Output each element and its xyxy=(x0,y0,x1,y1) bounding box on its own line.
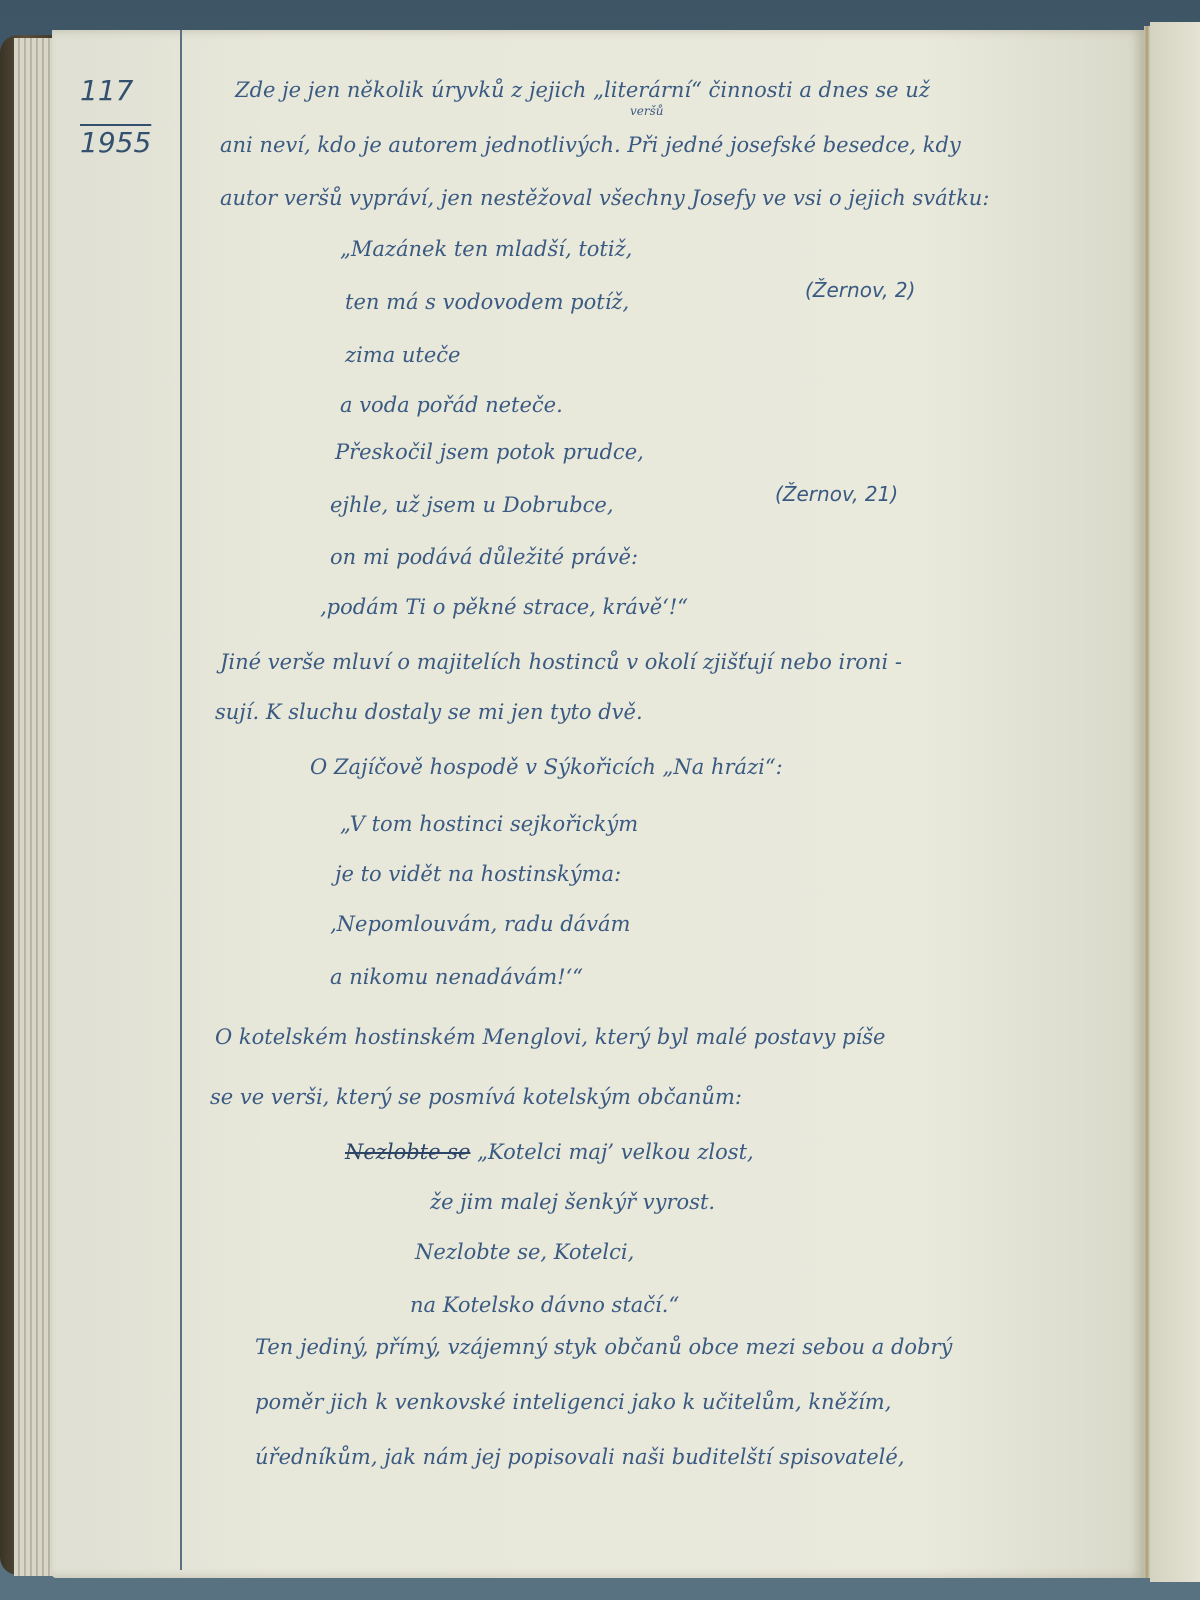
poem-line: ‚Nepomlouvám, radu dávám xyxy=(330,912,630,936)
poem-line: a voda pořád neteče. xyxy=(340,393,563,417)
poem-line: je to vidět na hostinskýma: xyxy=(335,862,621,886)
text-line: Ten jediný, přímý, vzájemný styk občanů … xyxy=(255,1335,952,1359)
reference-note: (Žernov, 21) xyxy=(775,482,898,506)
margin-notes: 117 1955 xyxy=(80,65,170,169)
poem-line: on mi podává důležité právě: xyxy=(330,545,638,569)
year-note: 1955 xyxy=(80,117,170,169)
poem-line: „V tom hostinci sejkořickým xyxy=(340,812,638,836)
poem-line: a nikomu nenadávám!‘“ xyxy=(330,965,583,989)
poem-heading: O Zajíčově hospodě v Sýkořicích „Na hráz… xyxy=(310,755,783,779)
poem-line: ‚podám Ti o pěkné strace, krávě‘!“ xyxy=(320,595,688,619)
poem-line: zima uteče xyxy=(345,343,460,367)
text-line: Zde je jen několik úryvků z jejich „lite… xyxy=(235,78,930,102)
text-line: poměr jich k venkovské inteligenci jako … xyxy=(255,1390,891,1414)
reference-note: (Žernov, 2) xyxy=(805,278,915,302)
poem-line: ejhle, už jsem u Dobrubce, xyxy=(330,493,614,517)
poem-line: na Kotelsko dávno stačí.“ xyxy=(410,1293,679,1317)
text-line: se ve verši, který se posmívá kotelským … xyxy=(210,1085,742,1109)
poem-line: Přeskočil jsem potok prudce, xyxy=(335,440,644,464)
poem-line-with-strike: Nezlobte se „Kotelci maj’ velkou zlost, xyxy=(345,1140,754,1164)
text-line: autor veršů vypráví, jen nestěžoval všec… xyxy=(220,186,989,210)
poem-line: „Mazánek ten mladší, totiž, xyxy=(340,237,632,261)
text-line: úředníkům, jak nám jej popisovali naši b… xyxy=(255,1445,905,1469)
poem-line: Nezlobte se, Kotelci, xyxy=(415,1240,634,1264)
poem-line: „Kotelci maj’ velkou zlost, xyxy=(477,1140,754,1164)
poem-line: ten má s vodovodem potíž, xyxy=(345,290,629,314)
text-line: O kotelském hostinském Menglovi, který b… xyxy=(215,1025,885,1049)
text-line: sují. K sluchu dostaly se mi jen tyto dv… xyxy=(215,700,643,724)
margin-rule-line xyxy=(180,30,182,1570)
insertion-note: veršů xyxy=(630,104,664,118)
text-line: ani neví, kdo je autorem jednotlivých. P… xyxy=(220,133,961,157)
struck-text: Nezlobte se xyxy=(345,1140,470,1164)
poem-line: že jim malej šenkýř vyrost. xyxy=(430,1190,715,1214)
page-number: 117 xyxy=(80,65,170,117)
facing-page-edge xyxy=(1150,22,1200,1582)
text-line: Jiné verše mluví o majitelích hostinců v… xyxy=(220,650,902,674)
